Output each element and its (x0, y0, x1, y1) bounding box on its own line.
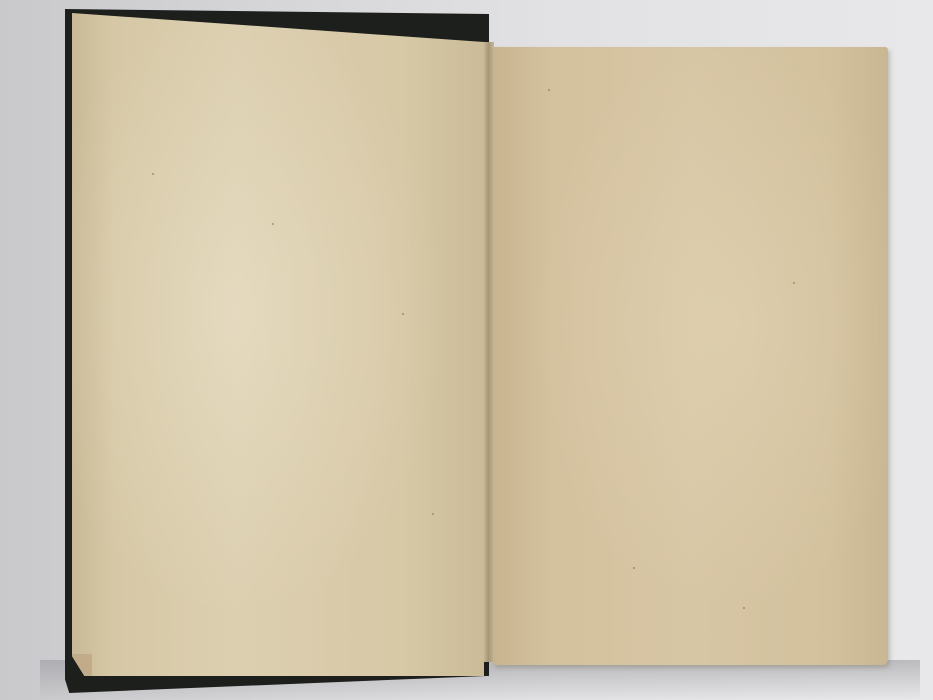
photo-scene (0, 0, 933, 700)
paper-fleck (743, 607, 745, 609)
paper-fleck (152, 173, 154, 175)
right-flyleaf (493, 47, 888, 665)
paper-fleck (272, 223, 274, 225)
paper-fleck (402, 313, 404, 315)
paper-fleck (548, 89, 550, 91)
paper-fleck (793, 282, 795, 284)
left-endpaper (72, 13, 484, 676)
paper-fleck (633, 567, 635, 569)
paper-fleck (432, 513, 434, 515)
